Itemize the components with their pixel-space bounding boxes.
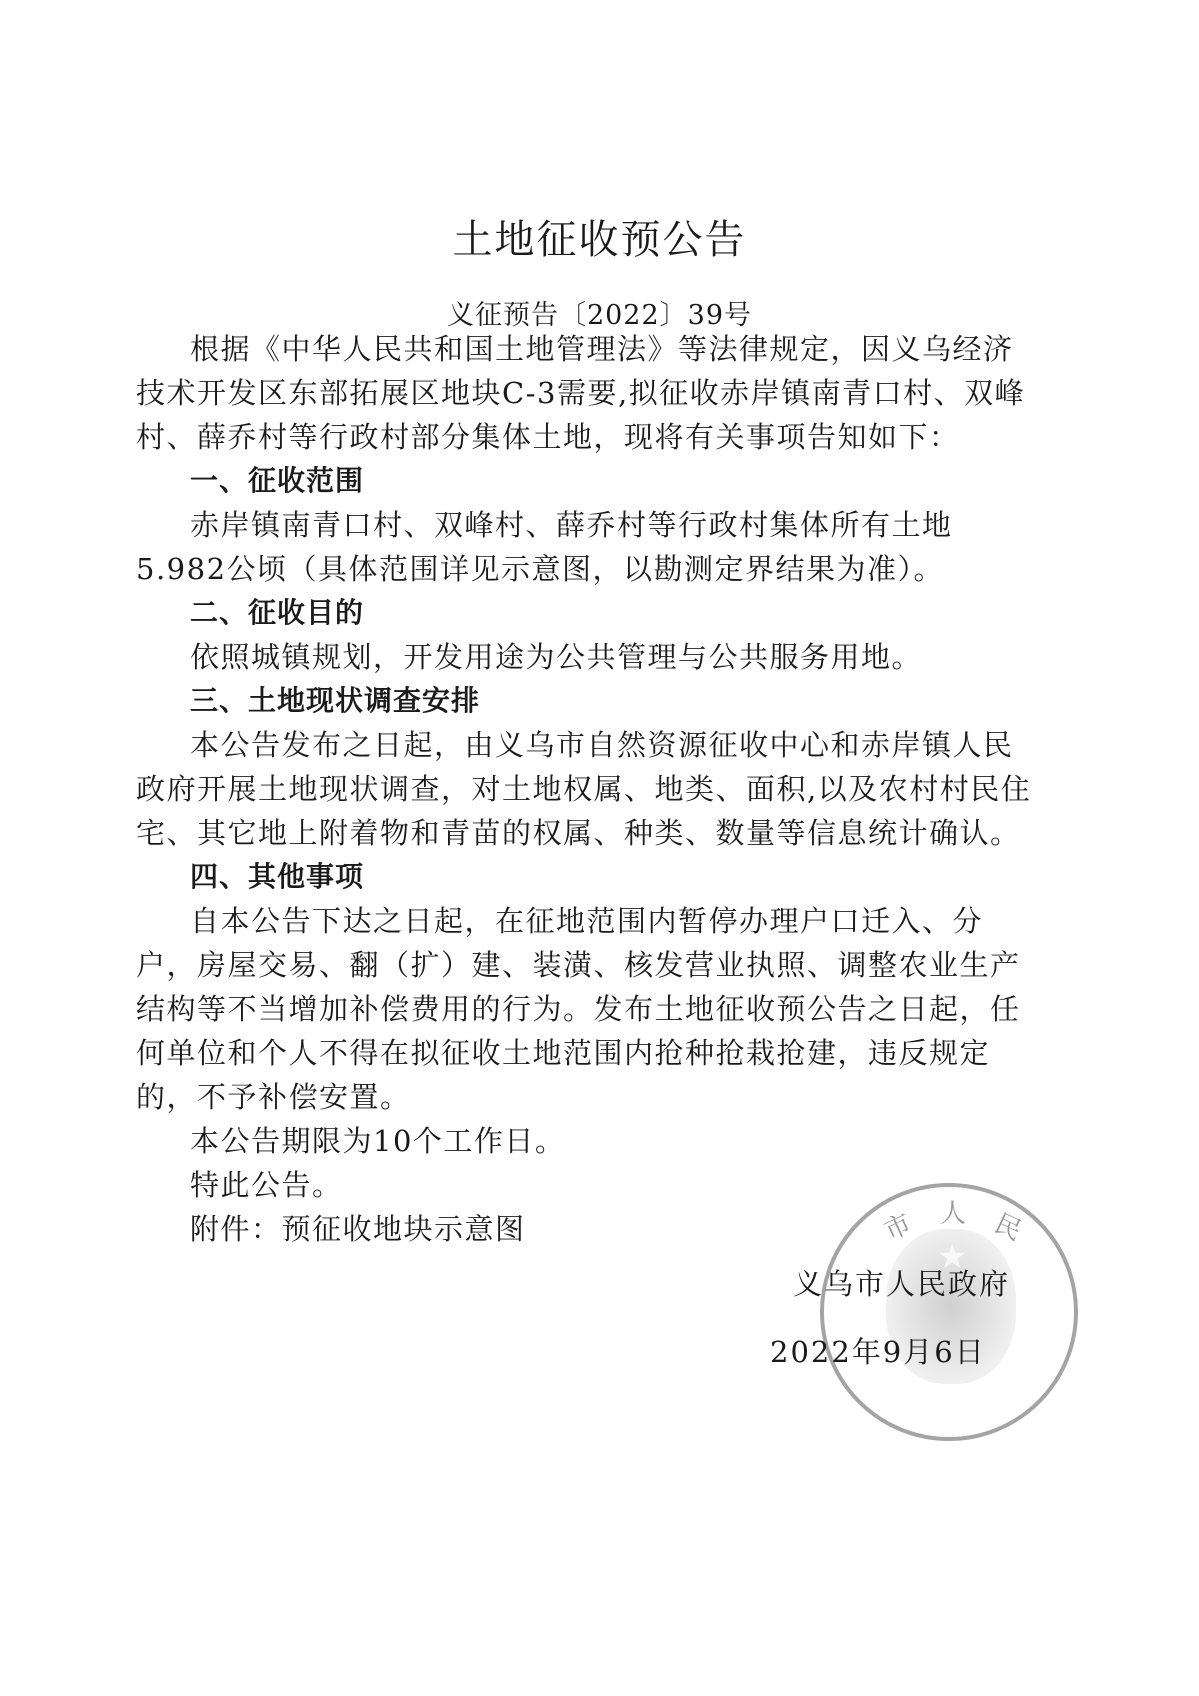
section-heading-purpose: 二、征收目的 bbox=[190, 595, 364, 631]
section-line: 赤岸镇南青口村、双峰村、薛乔村等行政村集体所有土地 bbox=[190, 507, 953, 543]
section-line: 本公告发布之日起，由义乌市自然资源征收中心和赤岸镇人民 bbox=[190, 727, 1014, 763]
issue-date: 2022年9月6日 bbox=[770, 1330, 986, 1371]
section-line: 自本公告下达之日起，在征地范围内暂停办理户口迁入、分 bbox=[190, 903, 983, 939]
document-number: 义征预告〔2022〕39号 bbox=[0, 293, 1199, 332]
intro-line: 根据《中华人民共和国土地管理法》等法律规定，因义乌经济 bbox=[190, 331, 1014, 367]
section-heading-other: 四、其他事项 bbox=[190, 859, 364, 895]
validity-period: 本公告期限为10个工作日。 bbox=[190, 1123, 565, 1159]
section-line: 户，房屋交易、翻（扩）建、装潢、核发营业执照、调整农业生产 bbox=[136, 947, 1021, 983]
section-line: 宅、其它地上附着物和青苗的权属、种类、数量等信息统计确认。 bbox=[136, 815, 1021, 851]
section-line: 5.982公顷（具体范围详见示意图，以勘测定界结果为准）。 bbox=[136, 551, 944, 587]
seal-arc-text: 人 bbox=[940, 1193, 966, 1230]
intro-line: 村、薛乔村等行政村部分集体土地，现将有关事项告知如下： bbox=[136, 419, 960, 455]
official-seal: ★ 市 人 民 bbox=[820, 1183, 1078, 1441]
document-title: 土地征收预公告 bbox=[0, 208, 1199, 265]
section-heading-scope: 一、征收范围 bbox=[190, 463, 364, 499]
section-line: 依照城镇规划，开发用途为公共管理与公共服务用地。 bbox=[190, 639, 922, 675]
section-line: 政府开展土地现状调查，对土地权属、地类、面积,以及农村村民住 bbox=[136, 771, 1031, 807]
section-line: 的，不予补偿安置。 bbox=[136, 1079, 411, 1115]
closing-statement: 特此公告。 bbox=[190, 1167, 343, 1203]
issuer-name: 义乌市人民政府 bbox=[793, 1262, 1010, 1303]
section-heading-survey: 三、土地现状调查安排 bbox=[190, 683, 480, 719]
section-line: 结构等不当增加补偿费用的行为。发布土地征收预公告之日起，任 bbox=[136, 991, 1021, 1027]
seal-arc-text: 民 bbox=[989, 1203, 1028, 1248]
section-line: 何单位和个人不得在拟征收土地范围内抢种抢栽抢建，违反规定 bbox=[136, 1035, 990, 1071]
intro-line: 技术开发区东部拓展区地块C-3需要,拟征收赤岸镇南青口村、双峰 bbox=[136, 375, 1025, 411]
attachment-line: 附件：预征收地块示意图 bbox=[190, 1211, 526, 1247]
